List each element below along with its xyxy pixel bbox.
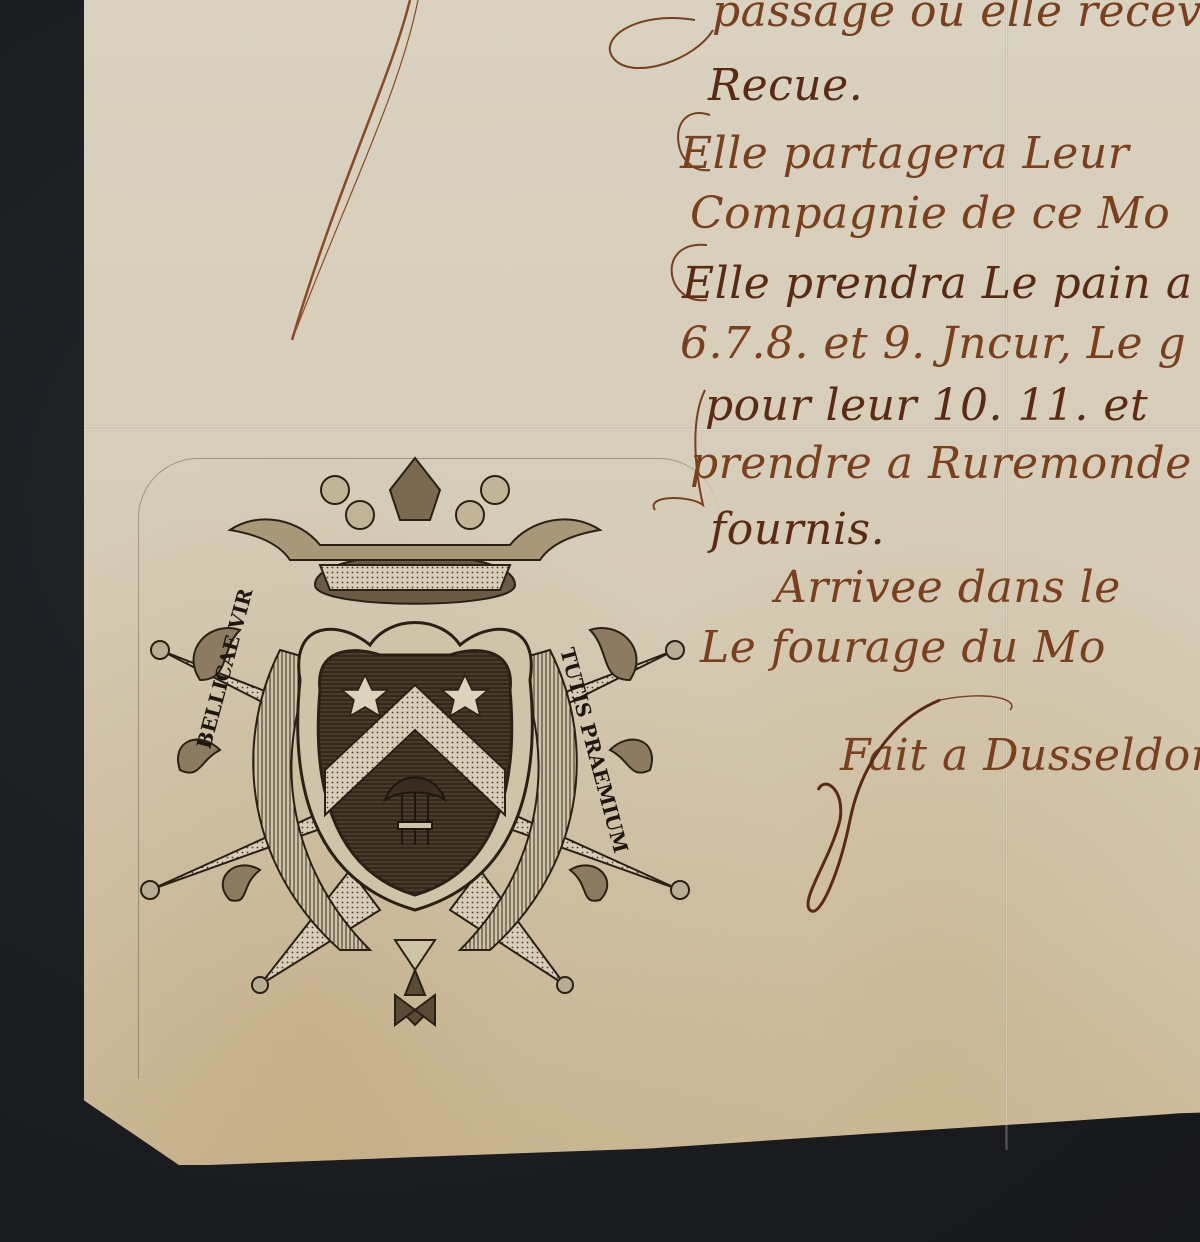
handwriting-line-3: Elle partagera Leur — [680, 128, 1129, 179]
handwriting-line-1: passage ou elle recevra — [712, 0, 1200, 37]
quill-flourish-stroke — [280, 0, 430, 350]
handwriting-line-2: Recue. — [708, 60, 863, 111]
signature-flourish — [790, 680, 1090, 930]
handwriting-line-7: pour leur 10. 11. et — [705, 380, 1148, 431]
handwriting-line-9: fournis. — [710, 504, 885, 555]
handwriting-line-5: Elle prendra Le pain a — [682, 258, 1193, 309]
handwriting-line-8: prendre a Ruremonde — [690, 438, 1192, 489]
handwriting-line-11: Le fourage du Mo — [700, 622, 1106, 673]
handwriting-line-4: Compagnie de ce Mo — [690, 188, 1170, 239]
coronet — [230, 458, 600, 604]
saint-louis-cross — [395, 940, 435, 1025]
handwriting-line-6: 6.7.8. et 9. Jncur, Le g — [680, 318, 1186, 369]
handwriting-line-10: Arrivee dans le — [775, 562, 1121, 613]
coat-of-arms-engraving: BELLICAE VIR TUTIS PRAEMIUM — [140, 450, 690, 1040]
